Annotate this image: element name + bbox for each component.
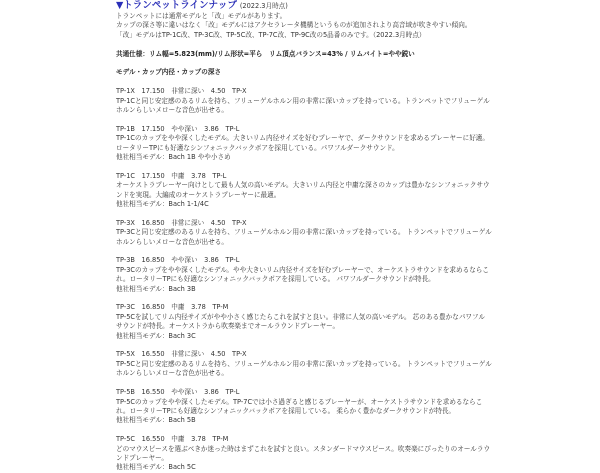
model-entry: TP-1X 17.150 非常に深い 4.50 TP-X TP-1Cと同じ安定感… [116, 87, 516, 115]
model-desc: TP-5Cのカップをやや深くしたモデル。TP-7Cでは小さ過ぎると感じるプレーヤ… [116, 398, 516, 407]
model-desc: ホルンらしいメローな音色が出せる。 [116, 369, 516, 378]
model-desc: ロータリーTPにも好適なシンフォニックバックボアを採用している。パワフルダークサ… [116, 144, 516, 153]
model-head: TP-5B 16.550 やや深い 3.86 TP-L [116, 388, 516, 397]
intro-line: トランペットには通常モデルと「改」モデルがあります。 [116, 12, 516, 21]
model-desc: れ。ロータリーTPにも好適なシンフォニックバックボアを採用している。 柔らかく豊… [116, 407, 516, 416]
spacer [116, 78, 516, 87]
common-spec: 共通仕様：リム幅=5.823(mm)/リム形状=平ら リム頂点バランス=43% … [116, 50, 516, 59]
model-desc: TP-5Cと同じ安定感のあるリムを持ち、フリューゲルホルン用の非常に深いカップを… [116, 360, 516, 369]
model-desc: TP-3Cと同じ安定感のあるリムを持ち、フリューゲルホルン用の非常に深いカップを… [116, 228, 516, 237]
spacer [116, 209, 516, 218]
model-entry: TP-1C 17.150 中庸 3.78 TP-L オーケストラプレーヤー向けと… [116, 172, 516, 210]
model-head: TP-3B 16.850 やや深い 3.86 TP-L [116, 256, 516, 265]
model-desc: TP-3Cのカップをやや深くしたモデル。やや大きいリム内径サイズを好むプレーヤー… [116, 266, 516, 275]
model-equivalent: 他社相当モデル：Bach 3C [116, 332, 516, 341]
model-equivalent: 他社相当モデル：Bach 5B [116, 416, 516, 425]
page-title: ▼トランペットラインナップ [116, 0, 237, 11]
model-head: TP-5X 16.550 非常に深い 4.50 TP-X [116, 350, 516, 359]
model-desc: TP-1Cと同じ安定感のあるリムを持ち、フリューゲルホルン用の非常に深いカップを… [116, 97, 516, 106]
model-head: TP-5C 16.550 中庸 3.78 TP-M [116, 435, 516, 444]
model-desc: サウンドが特長。オーケストラから吹奏楽までオールラウンドプレーヤー。 [116, 322, 516, 331]
model-desc: ホルンらしいメローな音色が出せる。 [116, 106, 516, 115]
spacer [116, 115, 516, 124]
spacer [116, 40, 516, 49]
title-date: (2022.3月時点) [240, 2, 288, 10]
spacer [116, 59, 516, 68]
model-desc: れ。ロータリーTPにも好適なシンフォニックバックボアを採用している。 パワフルダ… [116, 275, 516, 284]
spacer [116, 247, 516, 256]
model-entry: TP-5X 16.550 非常に深い 4.50 TP-X TP-5Cと同じ安定感… [116, 350, 516, 378]
spacer [116, 426, 516, 435]
section-heading: モデル・カップ内径・カップの深さ [116, 68, 516, 77]
model-desc: TP-1Cのカップをやや深くしたモデル。大きいリム内径サイズを好むプレーヤで、ダ… [116, 134, 516, 143]
model-entry: TP-1B 17.150 やや深い 3.86 TP-L TP-1Cのカップをやや… [116, 125, 516, 163]
model-desc: オーケストラプレーヤー向けとして最も人気の高いモデル。大きいリム内径と中庸な深さ… [116, 181, 516, 190]
model-entry: TP-5B 16.550 やや深い 3.86 TP-L TP-5Cのカップをやや… [116, 388, 516, 426]
model-equivalent: 他社相当モデル：Bach 1B やや小さめ [116, 153, 516, 162]
model-head: TP-1X 17.150 非常に深い 4.50 TP-X [116, 87, 516, 96]
model-entry: TP-3B 16.850 やや深い 3.86 TP-L TP-3Cのカップをやや… [116, 256, 516, 294]
model-desc: ホルンらしいメローな音色が出せる。 [116, 238, 516, 247]
model-desc: TP-5Cを試してリム内径サイズがやや小さく感じたらこれを試すと良い。非常に人気… [116, 313, 516, 322]
model-entry: TP-5C 16.550 中庸 3.78 TP-M どのマウスピースを選ぶべきか… [116, 435, 516, 450]
model-head: TP-3X 16.850 非常に深い 4.50 TP-X [116, 219, 516, 228]
model-equivalent: 他社相当モデル：Bach 3B [116, 285, 516, 294]
intro-line: カップの深さ等に違いはなく「改」モデルにはアクセラレータ機構というものが追加され… [116, 21, 516, 30]
model-entry: TP-3C 16.850 中庸 3.78 TP-M TP-5Cを試してリム内径サ… [116, 303, 516, 341]
model-entry: TP-3X 16.850 非常に深い 4.50 TP-X TP-3Cと同じ安定感… [116, 219, 516, 247]
intro-line: 「改」モデルはTP-1C改、TP-3C改、TP-5C改、TP-7C改、TP-9C… [116, 31, 516, 40]
model-head: TP-3C 16.850 中庸 3.78 TP-M [116, 303, 516, 312]
model-equivalent: 他社相当モデル：Bach 1-1/4C [116, 200, 516, 209]
model-head: TP-1C 17.150 中庸 3.78 TP-L [116, 172, 516, 181]
model-desc: ンドを実現。大編成のオーケストラプレーヤーに最適。 [116, 191, 516, 200]
model-head: TP-1B 17.150 やや深い 3.86 TP-L [116, 125, 516, 134]
spacer [116, 379, 516, 388]
title-row: ▼トランペットラインナップ(2022.3月時点) [116, 0, 516, 12]
trumpet-lineup-document: ▼トランペットラインナップ(2022.3月時点) トランペットには通常モデルと「… [116, 0, 516, 450]
model-desc: どのマウスピースを選ぶべきか迷った時はまずこれを試すと良い。スタンダードマウスピ… [116, 445, 516, 450]
spacer [116, 162, 516, 171]
